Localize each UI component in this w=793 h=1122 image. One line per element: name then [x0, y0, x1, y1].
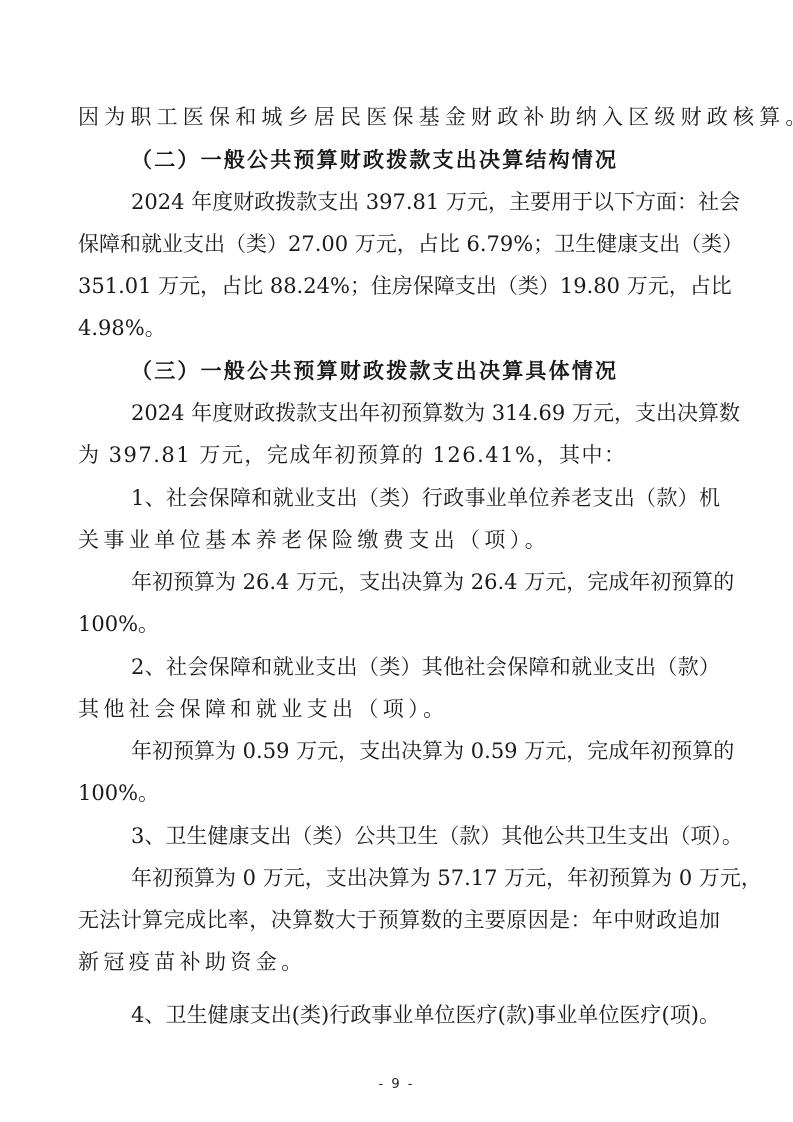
paragraph-line: 年初预算为 0.59 万元，支出决算为 0.59 万元，完成年初预算的: [131, 736, 720, 766]
paragraph-line: 100%。: [78, 609, 720, 639]
section-heading-details: （三）一般公共预算财政拨款支出决算具体情况: [131, 356, 720, 386]
paragraph-line: 无法计算完成比率，决算数大于预算数的主要原因是：年中财政追加: [78, 905, 720, 935]
paragraph-line: 因为职工医保和城乡居民医保基金财政补助纳入区级财政核算。: [78, 102, 720, 132]
paragraph-line: 为 397.81 万元，完成年初预算的 126.41%，其中：: [78, 440, 720, 470]
paragraph-line: 100%。: [78, 778, 720, 808]
list-item-3: 3、卫生健康支出（类）公共卫生（款）其他公共卫生支出（项）。: [131, 821, 720, 851]
page-number: - 9 -: [0, 1077, 793, 1092]
paragraph-line: 新冠疫苗补助资金。: [78, 947, 720, 977]
list-item-4: 4、卫生健康支出(类)行政事业单位医疗(款)事业单位医疗(项)。: [131, 1000, 720, 1030]
paragraph-line: 2024 年度财政拨款支出 397.81 万元，主要用于以下方面：社会: [131, 187, 720, 217]
paragraph-line: 保障和就业支出（类）27.00 万元，占比 6.79%；卫生健康支出（类）: [78, 229, 720, 259]
document-page: 因为职工医保和城乡居民医保基金财政补助纳入区级财政核算。 （二）一般公共预算财政…: [0, 0, 793, 1122]
list-item-1: 1、社会保障和就业支出（类）行政事业单位养老支出（款）机: [131, 483, 720, 513]
list-item-2-continued: 其他社会保障和就业支出（项）。: [78, 694, 720, 724]
paragraph-line: 年初预算为 26.4 万元，支出决算为 26.4 万元，完成年初预算的: [131, 567, 720, 597]
paragraph-line: 351.01 万元，占比 88.24%；住房保障支出（类）19.80 万元，占比: [78, 271, 720, 301]
paragraph-line: 2024 年度财政拨款支出年初预算数为 314.69 万元，支出决算数: [131, 398, 720, 428]
list-item-2: 2、社会保障和就业支出（类）其他社会保障和就业支出（款）: [131, 652, 720, 682]
section-heading-structure: （二）一般公共预算财政拨款支出决算结构情况: [131, 145, 720, 175]
list-item-1-continued: 关事业单位基本养老保险缴费支出（项）。: [78, 525, 720, 555]
paragraph-line: 年初预算为 0 万元，支出决算为 57.17 万元，年初预算为 0 万元，: [131, 863, 720, 893]
paragraph-line: 4.98%。: [78, 313, 720, 343]
